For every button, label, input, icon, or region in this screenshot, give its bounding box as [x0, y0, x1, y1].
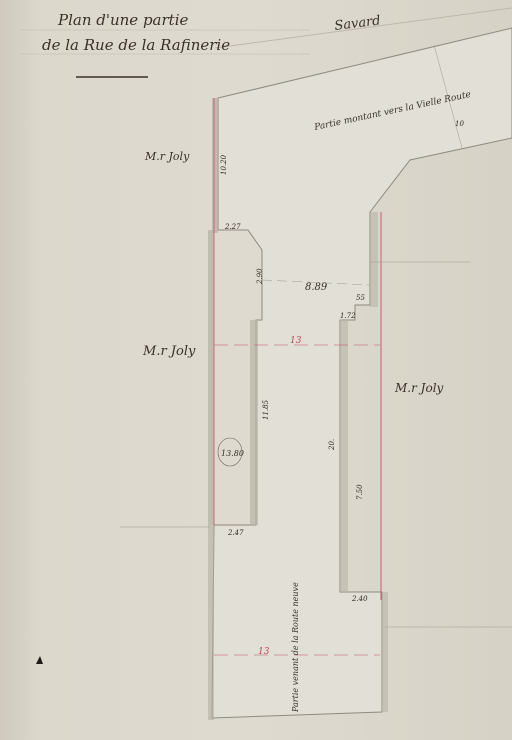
dim-notch-side: 2.90 — [256, 268, 264, 285]
label-owner-left-middle: M.r Joly — [142, 344, 196, 359]
dim-left-long: 11.85 — [262, 399, 270, 420]
label-savard: Savard — [334, 13, 382, 34]
map-sheet: Plan d'une partie de la Rue de la Rafine… — [0, 0, 512, 740]
dim-bottom-left-notch: 2.47 — [227, 529, 244, 537]
dim-right-inner: 7.50 — [356, 484, 364, 500]
dim-circled-area: 13.80 — [221, 449, 244, 458]
title-line-2: de la Rue de la Rafinerie — [42, 36, 230, 54]
dim-left-wall-upper: 10.20 — [220, 154, 228, 175]
dim-center-width: 8.89 — [305, 282, 328, 293]
dim-right-long: 20. — [328, 439, 336, 451]
label-lower-street: Partie venant de la Route neuve — [291, 582, 300, 713]
title-line-1: Plan d'une partie — [57, 11, 188, 29]
dim-red-lower: 13 — [258, 647, 270, 657]
label-owner-left-upper: M.r Joly — [144, 150, 190, 163]
street-plan: Plan d'une partie de la Rue de la Rafine… — [0, 0, 512, 740]
dim-red-upper: 13 — [290, 336, 302, 346]
ink-mark-icon — [36, 656, 43, 664]
label-owner-right: M.r Joly — [394, 381, 444, 395]
dim-upper-width: 10 — [455, 120, 464, 128]
dim-step-b: 1.72 — [340, 312, 356, 320]
dim-notch-top: 2.27 — [224, 223, 241, 231]
dim-bottom-right-notch: 2.40 — [351, 595, 368, 603]
dim-step-a: 55 — [356, 294, 365, 302]
